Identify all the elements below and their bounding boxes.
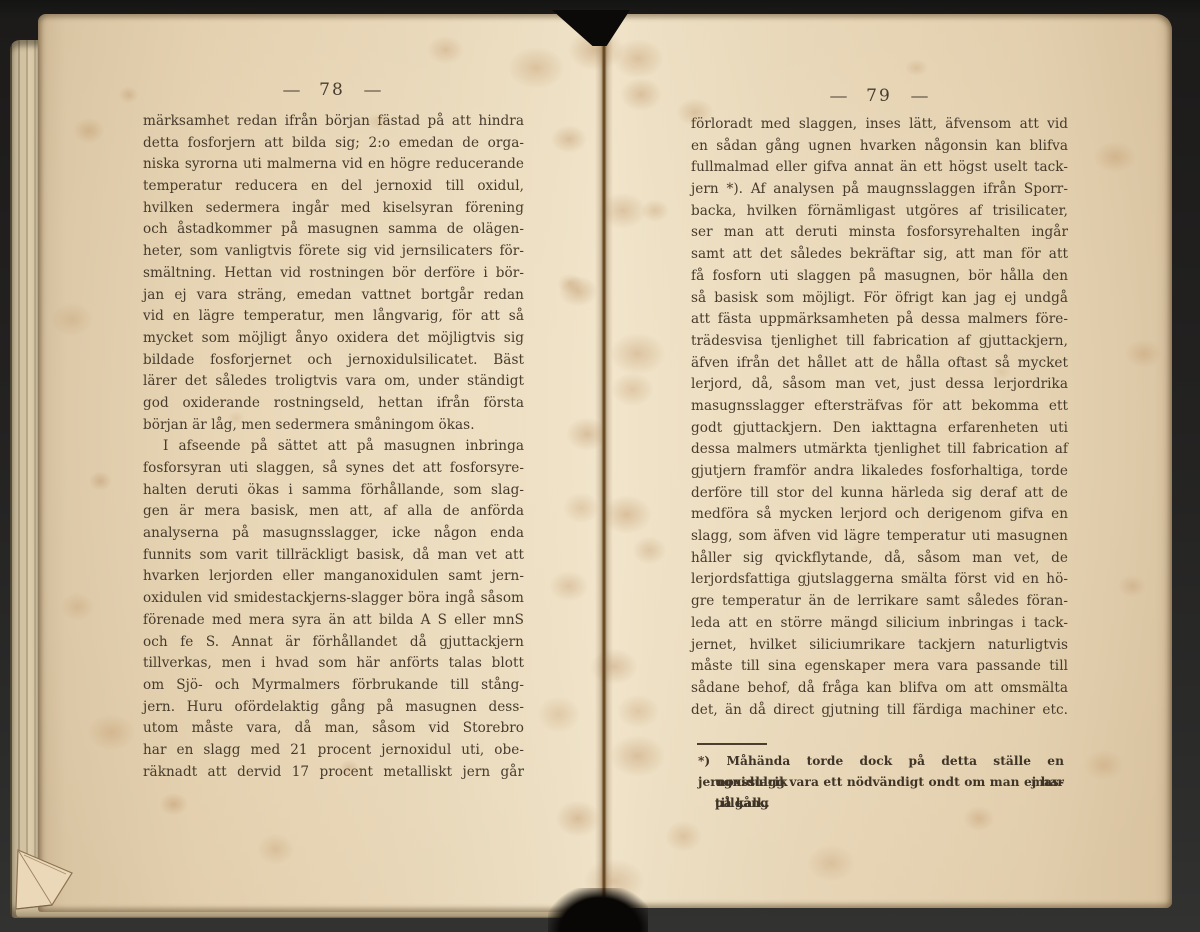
text-line: hvarken lerjorden eller manganoxidulen s… [143, 566, 524, 588]
text-line: tillverkas, men i hvad som här anförts t… [143, 653, 524, 675]
text-line: heter, som vanligtvis förete sig vid jer… [143, 241, 524, 263]
page-79: — 79 — förloradt med slaggen, inses lätt… [604, 14, 1172, 908]
text-line: temperatur reducera en del jernoxid till… [143, 176, 524, 198]
text-line: lerjordsfattiga gjutslaggerna smälta för… [691, 569, 1068, 591]
text-line: gen är mera basisk, men att, af alla de … [143, 501, 524, 523]
text-line: halten deruti ökas i samma förhållande, … [143, 480, 524, 502]
text-line: det, än då direct gjutning till färdiga … [691, 700, 1068, 722]
text-line: hvilken sedermera ingår med kiselsyran f… [143, 198, 524, 220]
text-line: oxidulen vid smidestackjerns-slagger bör… [143, 588, 524, 610]
header-dash-right: — [363, 83, 381, 98]
text-line: på kalk. [698, 793, 1064, 814]
page-79-body-text: förloradt med slaggen, inses lätt, äfven… [691, 114, 1068, 721]
text-line: jern. Huru ofördelaktig gång på masugnen… [143, 697, 524, 719]
text-line: god oxiderande rostningseld, hettan ifrå… [143, 393, 524, 415]
text-line: äfven ifrån det hållet att de hålla ofta… [691, 353, 1068, 375]
text-line: håller sig qvickflytande, då, såsom man … [691, 548, 1068, 570]
text-line: lärer det således troligtvis vara om, un… [143, 371, 524, 393]
text-line: utom måste vara, då man, såsom vid Store… [143, 718, 524, 740]
page-78-body-text: märksamhet redan ifrån början fästad på … [143, 111, 524, 783]
text-line: samt att det således bekräftar sig, att … [691, 244, 1068, 266]
text-line: och fe S. Annat är förhållandet då gjutt… [143, 632, 524, 654]
text-line: måste till sina egenskaper mera vara pas… [691, 656, 1068, 678]
text-line: räknadt att dervid 17 procent metalliskt… [143, 762, 524, 784]
text-line: vid en lägre temperatur, men långvarig, … [143, 306, 524, 328]
text-line: I afseende på sättet att på masugnen inb… [143, 436, 524, 458]
page-79-header: — 79 — [691, 86, 1067, 106]
text-line: slagg, som äfven vid lägre temperatur ut… [691, 526, 1068, 548]
text-line: backa, hvilken förnämligast utgöres af t… [691, 201, 1068, 223]
text-line: detta fosforjern att bilda sig; 2:o emed… [143, 133, 524, 155]
text-line: sådane behof, då fråga kan blifva om att… [691, 678, 1068, 700]
text-line: ser man att deruti minsta fosforsyrehalt… [691, 222, 1068, 244]
text-line: derföre till stor del kunna härleda sig … [691, 483, 1068, 505]
text-line: ugnsslagg vara ett nödvändigt ondt om ma… [698, 772, 1064, 793]
text-line: förloradt med slaggen, inses lätt, äfven… [691, 114, 1068, 136]
header-dash-right: — [910, 89, 928, 104]
header-dash-left: — [830, 89, 848, 104]
text-line: märksamhet redan ifrån början fästad på … [143, 111, 524, 133]
text-line: fosforsyran uti slaggen, så synes det at… [143, 458, 524, 480]
text-line: lerjord, då, såsom man vet, just dessa l… [691, 374, 1068, 396]
page-79-footnote: *) Måhända torde dock på detta ställe en… [698, 751, 1064, 813]
text-line: gjutjern framför andra likaledes fosforh… [691, 461, 1068, 483]
text-line: om Sjö- och Myrmalmers förbrukande till … [143, 675, 524, 697]
text-line: analyserna på masugnsslagger, icke någon… [143, 523, 524, 545]
text-line: fullmalmad eller gifva annat än ett högs… [691, 157, 1068, 179]
text-line: niska syrorna uti malmerna vid en högre … [143, 154, 524, 176]
text-line: har en slagg med 21 procent jernoxidul u… [143, 740, 524, 762]
text-line: smältning. Hettan vid rostningen bör der… [143, 263, 524, 285]
text-line: jan ej vara sträng, emedan vattnet bortg… [143, 285, 524, 307]
text-line: masugnsslagger eftersträfvas för att bek… [691, 396, 1068, 418]
text-line: gre temperatur än de lerrikare samt såle… [691, 591, 1068, 613]
dog-ear-corner-fold [10, 843, 82, 917]
page-78-number: 78 [319, 80, 345, 100]
text-line: förenade med mera syra än att bilda A S … [143, 610, 524, 632]
text-line: en sådan gång ugnen hvarken någonsin kan… [691, 136, 1068, 158]
text-line: bildade fosforjernet och jernoxidulsilic… [143, 350, 524, 372]
text-line: och åstadkommer på masugnen samma de olä… [143, 219, 524, 241]
text-line: jernet, hvilket siliciumrikare tackjern … [691, 635, 1068, 657]
text-line: att fästa uppmärksamheten på dessa malme… [691, 309, 1068, 331]
text-line: få fosforn uti slaggen på masugnen, bör … [691, 266, 1068, 288]
scanned-book-spread: — 78 — märksamhet redan ifrån början fäs… [0, 0, 1200, 932]
text-line: början är låg, men sedermera småningom ö… [143, 415, 524, 437]
text-line: jern *). Af analysen på maugnsslaggen if… [691, 179, 1068, 201]
page-78: — 78 — märksamhet redan ifrån början fäs… [38, 14, 604, 912]
text-line: medföra så mycken lerjord och derigenom … [691, 504, 1068, 526]
page-edge-stack [10, 40, 40, 918]
text-line: så basisk som möjligt. För öfrigt kan ja… [691, 288, 1068, 310]
page-79-number: 79 [866, 86, 892, 106]
text-line: mycket som möjligt ånyo oxidera det möjl… [143, 328, 524, 350]
text-line: godt gjuttackjern. Den iakttagna erfaren… [691, 418, 1068, 440]
gutter-bottom-shadow [548, 888, 648, 932]
header-dash-left: — [283, 83, 301, 98]
text-line: *) Måhända torde dock på detta ställe en… [698, 751, 1064, 772]
footnote-separator-rule [697, 743, 767, 745]
text-line: dessa malmers utmärkta tjenlighet till f… [691, 439, 1068, 461]
text-line: funnits som varit tillräckligt basisk, d… [143, 545, 524, 567]
text-line: trädesvisa tjenlighet till fabrication a… [691, 331, 1068, 353]
page-78-header: — 78 — [142, 80, 522, 100]
text-line: leda att en större mängd silicium inbrin… [691, 613, 1068, 635]
